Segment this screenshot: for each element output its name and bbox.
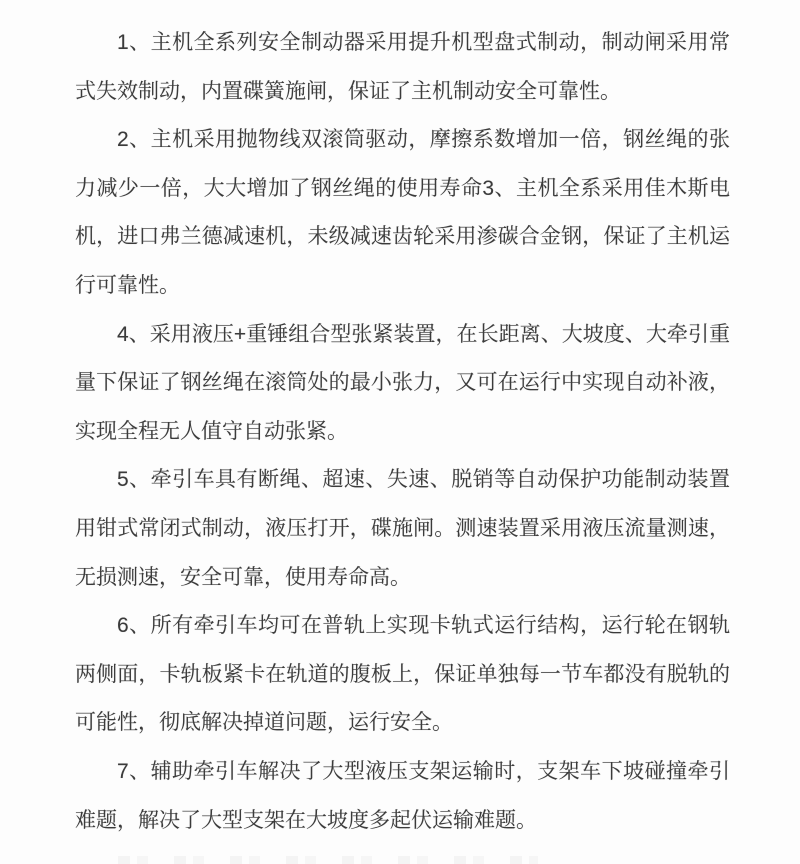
text-line: 机，进口弗兰德减速机，未级减速齿轮采用渗碳合金钢，保证了主机运 [75, 213, 730, 262]
text-line: 7、辅助牵引车解决了大型液压支架运输时，支架车下坡碰撞牵引车 [75, 748, 730, 797]
text-line: 力减少一倍，大大增加了钢丝绳的使用寿命3、主机全系采用佳木斯电 [75, 165, 730, 214]
document-page: 1、主机全系列安全制动器采用提升机型盘式制动，制动闸采用常闭 式失效制动，内置碟… [0, 0, 800, 864]
document-body: 1、主机全系列安全制动器采用提升机型盘式制动，制动闸采用常闭 式失效制动，内置碟… [0, 0, 800, 845]
text-line: 5、牵引车具有断绳、超速、失速、脱销等自动保护功能制动装置采 [75, 456, 730, 505]
text-line: 实现全程无人值守自动张紧。 [75, 408, 730, 457]
text-line: 量下保证了钢丝绳在滚筒处的最小张力，又可在运行中实现自动补液， [75, 359, 730, 408]
text-line: 无损测速，安全可靠，使用寿命高。 [75, 554, 730, 603]
text-line: 2、主机采用抛物线双滚筒驱动，摩擦系数增加一倍，钢丝绳的张紧 [75, 116, 730, 165]
text-line: 1、主机全系列安全制动器采用提升机型盘式制动，制动闸采用常闭 [75, 19, 730, 68]
text-line: 难题，解决了大型支架在大坡度多起伏运输难题。 [75, 797, 730, 846]
text-line: 6、所有牵引车均可在普轨上实现卡轨式运行结构，运行轮在钢轨的 [75, 602, 730, 651]
text-line: 行可靠性。 [75, 262, 730, 311]
text-line: 式失效制动，内置碟簧施闸，保证了主机制动安全可靠性。 [75, 68, 730, 117]
text-line: 两侧面，卡轨板紧卡在轨道的腹板上，保证单独每一节车都没有脱轨的 [75, 651, 730, 700]
text-line: 用钳式常闭式制动，液压打开，碟施闸。测速装置采用液压流量测速， [75, 505, 730, 554]
cutoff-next-line [118, 856, 538, 864]
text-line: 可能性，彻底解决掉道问题，运行安全。 [75, 699, 730, 748]
text-line: 4、采用液压+重锤组合型张紧装置，在长距离、大坡度、大牵引重 [75, 311, 730, 360]
